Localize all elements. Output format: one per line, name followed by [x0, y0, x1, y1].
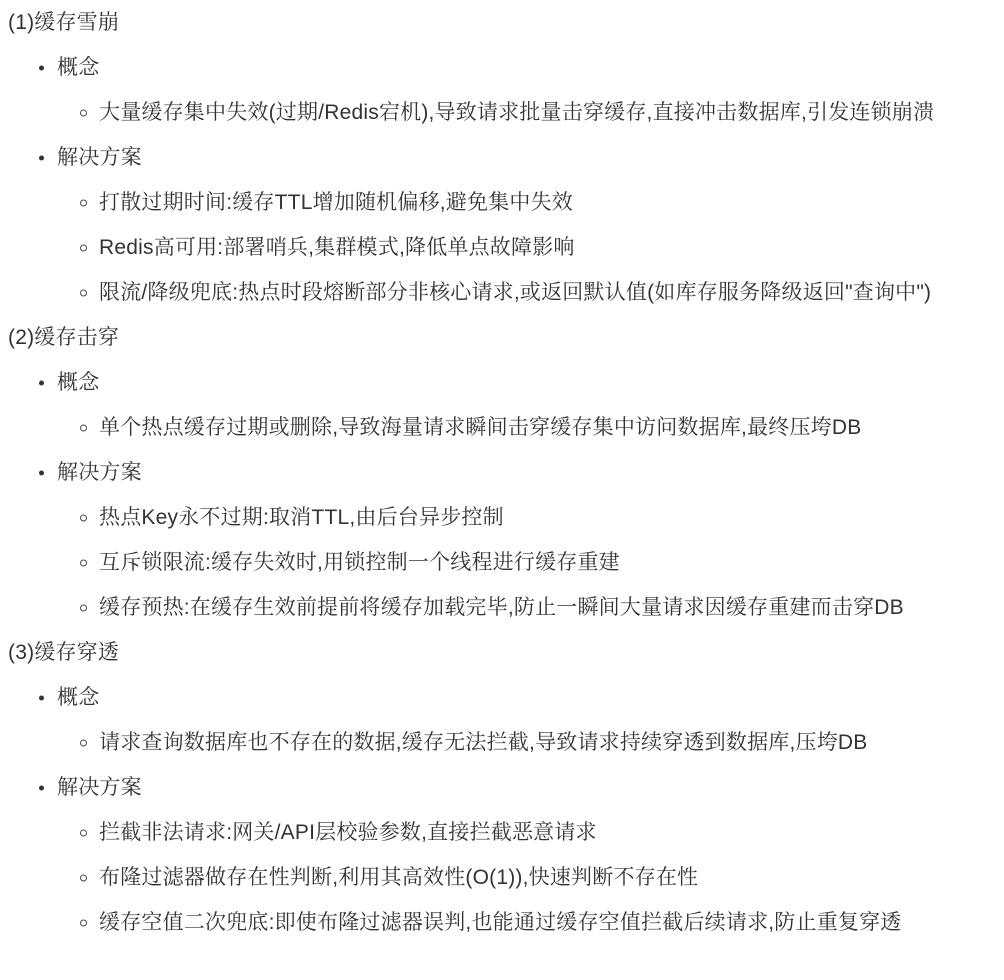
bullet-circle-icon — [80, 244, 87, 251]
outline-item-label-row: 概念 — [0, 675, 1004, 720]
bullet-circle-icon — [80, 559, 87, 566]
outline-subitem-text-row: 拦截非法请求:网关/API层校验参数,直接拦截恶意请求 — [0, 810, 1004, 855]
bullet-circle-icon — [80, 739, 87, 746]
section-title-row: (2)缓存击穿 — [0, 315, 1004, 360]
outline-item-label-row: 解决方案 — [0, 450, 1004, 495]
section-title-row: (3)缓存穿透 — [0, 630, 1004, 675]
bullet-circle-icon — [80, 829, 87, 836]
bullet-circle-icon — [80, 199, 87, 206]
outline-subitem-text: Redis高可用:部署哨兵,集群模式,降低单点故障影响 — [99, 236, 575, 259]
outline-item-label: 概念 — [57, 56, 99, 79]
outline-subitem-text-row: 单个热点缓存过期或删除,导致海量请求瞬间击穿缓存集中访问数据库,最终压垮DB — [0, 405, 1004, 450]
bullet-circle-icon — [80, 874, 87, 881]
bullet-dot-icon — [39, 695, 44, 700]
outline-subitem-text-row: 布隆过滤器做存在性判断,利用其高效性(O(1)),快速判断不存在性 — [0, 855, 1004, 900]
outline-subitem-text: 缓存空值二次兜底:即使布隆过滤器误判,也能通过缓存空值拦截后续请求,防止重复穿透 — [99, 911, 902, 934]
outline-subitem-text-row: 缓存空值二次兜底:即使布隆过滤器误判,也能通过缓存空值拦截后续请求,防止重复穿透 — [0, 900, 1004, 945]
bullet-circle-icon — [80, 424, 87, 431]
outline-subitem-text: 拦截非法请求:网关/API层校验参数,直接拦截恶意请求 — [99, 821, 597, 844]
bullet-dot-icon — [39, 380, 44, 385]
bullet-circle-icon — [80, 289, 87, 296]
bullet-dot-icon — [39, 155, 44, 160]
outline-item-label: 概念 — [57, 686, 99, 709]
document-outline: (1)缓存雪崩概念大量缓存集中失效(过期/Redis宕机),导致请求批量击穿缓存… — [0, 0, 1004, 980]
outline-subitem-text-row: 互斥锁限流:缓存失效时,用锁控制一个线程进行缓存重建 — [0, 540, 1004, 585]
outline-subitem-text: 布隆过滤器做存在性判断,利用其高效性(O(1)),快速判断不存在性 — [99, 866, 698, 889]
outline-item-label-row: 解决方案 — [0, 765, 1004, 810]
outline-subitem-text: 单个热点缓存过期或删除,导致海量请求瞬间击穿缓存集中访问数据库,最终压垮DB — [99, 416, 861, 439]
section-title: (3)缓存穿透 — [8, 641, 119, 664]
bullet-dot-icon — [39, 470, 44, 475]
outline-subitem-text: 打散过期时间:缓存TTL增加随机偏移,避免集中失效 — [99, 191, 573, 214]
bullet-circle-icon — [80, 109, 87, 116]
outline-subitem-text-row: 打散过期时间:缓存TTL增加随机偏移,避免集中失效 — [0, 180, 1004, 225]
section-title: (2)缓存击穿 — [8, 326, 119, 349]
bullet-circle-icon — [80, 919, 87, 926]
section-title-row: (1)缓存雪崩 — [0, 0, 1004, 45]
outline-item-label: 解决方案 — [57, 461, 142, 484]
outline-item-label: 解决方案 — [57, 146, 142, 169]
outline-subitem-text: 请求查询数据库也不存在的数据,缓存无法拦截,导致请求持续穿透到数据库,压垮DB — [99, 731, 867, 754]
bullet-circle-icon — [80, 514, 87, 521]
section-title: (1)缓存雪崩 — [8, 11, 119, 34]
outline-subitem-text-row: 缓存预热:在缓存生效前提前将缓存加载完毕,防止一瞬间大量请求因缓存重建而击穿DB — [0, 585, 1004, 630]
outline-item-label-row: 概念 — [0, 360, 1004, 405]
outline-subitem-text: 互斥锁限流:缓存失效时,用锁控制一个线程进行缓存重建 — [99, 551, 620, 574]
outline-subitem-text: 热点Key永不过期:取消TTL,由后台异步控制 — [99, 506, 504, 529]
outline-item-label-row: 解决方案 — [0, 135, 1004, 180]
outline-subitem-text-row: 请求查询数据库也不存在的数据,缓存无法拦截,导致请求持续穿透到数据库,压垮DB — [0, 720, 1004, 765]
outline-subitem-text-row: 限流/降级兜底:热点时段熔断部分非核心请求,或返回默认值(如库存服务降级返回"查… — [0, 270, 1004, 315]
bullet-dot-icon — [39, 785, 44, 790]
bullet-dot-icon — [39, 65, 44, 70]
outline-subitem-text: 限流/降级兜底:热点时段熔断部分非核心请求,或返回默认值(如库存服务降级返回"查… — [99, 281, 931, 304]
outline-subitem-text-row: 大量缓存集中失效(过期/Redis宕机),导致请求批量击穿缓存,直接冲击数据库,… — [0, 90, 1004, 135]
outline-item-label: 概念 — [57, 371, 99, 394]
outline-subitem-text-row: Redis高可用:部署哨兵,集群模式,降低单点故障影响 — [0, 225, 1004, 270]
outline-subitem-text: 缓存预热:在缓存生效前提前将缓存加载完毕,防止一瞬间大量请求因缓存重建而击穿DB — [99, 596, 904, 619]
outline-subitem-text-row: 热点Key永不过期:取消TTL,由后台异步控制 — [0, 495, 1004, 540]
outline-item-label-row: 概念 — [0, 45, 1004, 90]
outline-subitem-text: 大量缓存集中失效(过期/Redis宕机),导致请求批量击穿缓存,直接冲击数据库,… — [99, 101, 934, 124]
bullet-circle-icon — [80, 604, 87, 611]
outline-item-label: 解决方案 — [57, 776, 142, 799]
